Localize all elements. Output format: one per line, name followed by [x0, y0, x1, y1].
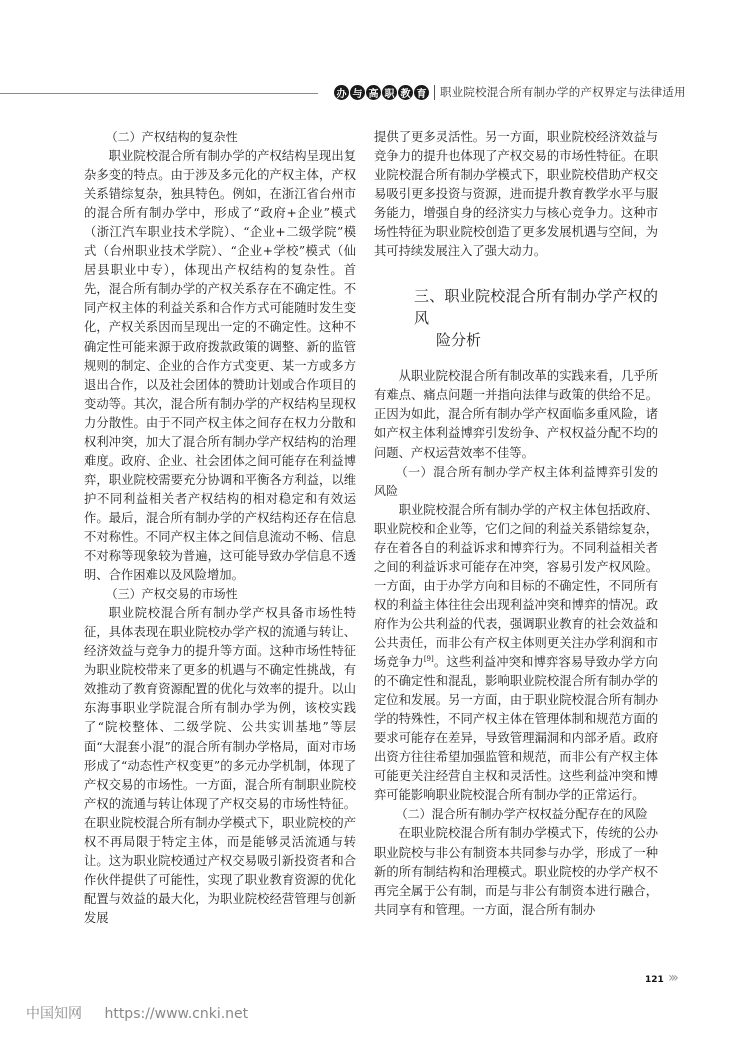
logo-char: 教 [398, 85, 413, 100]
citation[interactable]: [9] [424, 655, 434, 663]
section-title-line2: 险分析 [414, 329, 658, 351]
subsection-title: （三）产权交易的市场性 [84, 585, 356, 604]
logo-char: 与 [350, 85, 365, 100]
left-column: （二）产权结构的复杂性 职业院校混合所有制办学的产权结构呈现出复杂多变的特点。由… [84, 128, 356, 928]
right-column: 提供了更多灵活性。另一方面，职业院校经济效益与竞争力的提升也体现了产权交易的市场… [374, 128, 658, 920]
running-header: 办 与 高 职 教 育 职业院校混合所有制办学的产权界定与法律适用 [334, 84, 686, 100]
paragraph: 提供了更多灵活性。另一方面，职业院校经济效益与竞争力的提升也体现了产权交易的市场… [374, 128, 658, 261]
subsection-title: （二）产权结构的复杂性 [84, 128, 356, 147]
paragraph-text: 。这些利益冲突和博弈容易导致办学方向的不确定性和混乱，影响职业院校混合所有制办学… [374, 655, 658, 802]
paragraph: 从职业院校混合所有制改革的实践来看，几乎所有难点、痛点问题一并指向法律与政策的供… [374, 367, 658, 462]
subsection-title: （二）混合所有制办学产权权益分配存在的风险 [374, 805, 658, 824]
subsection-title: （一）混合所有制办学产权主体利益博弈引发的风险 [374, 463, 658, 501]
paragraph: 职业院校混合所有制办学产权具备市场性特征，具体表现在职业院校办学产权的流通与转让… [84, 604, 356, 928]
watermark-url[interactable]: https://www.cnki.net [104, 1006, 248, 1022]
watermark: 中国知网 https://www.cnki.net [26, 1003, 248, 1023]
chevron-right-icon: ››› [668, 970, 676, 986]
logo-char: 办 [334, 85, 349, 100]
section-title: 三、职业院校混合所有制办学产权的风 险分析 [374, 285, 658, 351]
paragraph: 职业院校混合所有制办学的产权主体包括政府、职业院校和企业等，它们之间的利益关系错… [374, 501, 658, 806]
header-divider [434, 85, 435, 100]
section-title-line1: 三、职业院校混合所有制办学产权的风 [414, 287, 658, 327]
header-rule [0, 93, 318, 94]
journal-logo: 办 与 高 职 教 育 [334, 85, 429, 100]
page-number: 121 [645, 975, 664, 985]
watermark-name: 中国知网 [26, 1006, 82, 1022]
paragraph-text: 职业院校混合所有制办学的产权主体包括政府、职业院校和企业等，它们之间的利益关系错… [374, 503, 658, 669]
paragraph: 在职业院校混合所有制办学模式下，传统的公办职业院校与非公有制资本共同参与办学，形… [374, 824, 658, 919]
logo-char: 职 [382, 85, 397, 100]
logo-char: 育 [414, 85, 429, 100]
running-title: 职业院校混合所有制办学的产权界定与法律适用 [440, 84, 686, 100]
logo-char: 高 [366, 85, 381, 100]
paragraph: 职业院校混合所有制办学的产权结构呈现出复杂多变的特点。由于涉及多元化的产权主体，… [84, 147, 356, 585]
